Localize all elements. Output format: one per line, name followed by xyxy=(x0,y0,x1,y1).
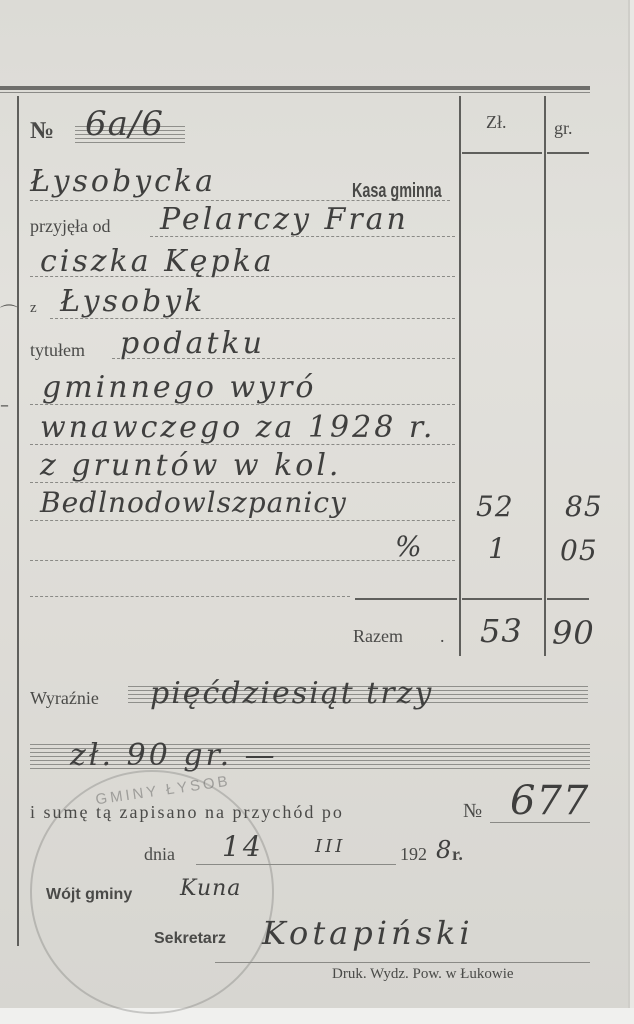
column-divider-zl xyxy=(459,96,461,656)
printer-imprint: Druk. Wydz. Pow. w Łukowie xyxy=(332,966,514,983)
sum-rule-text xyxy=(355,598,457,600)
title-label: tytułem xyxy=(30,340,85,361)
municipality-handwritten: Łysobycka xyxy=(30,164,216,199)
date-year-suffix: r. xyxy=(452,844,463,865)
date-line xyxy=(196,864,396,865)
receipt-number: 6a/6 xyxy=(85,104,164,144)
received-from-value-1: Pelarczy Fran xyxy=(160,202,409,237)
title-value-5: Bedlnodowlszpanicy xyxy=(40,486,347,519)
ledger-number-value: 677 xyxy=(510,778,589,824)
signature-line xyxy=(215,962,590,963)
title-value-4: z gruntów w kol. xyxy=(40,448,341,483)
column-header-gr: gr. xyxy=(554,118,573,139)
title-value-1: podatku xyxy=(120,326,265,361)
received-from-label: przyjęła od xyxy=(30,216,110,237)
column-divider-gr xyxy=(544,96,546,656)
header-rule-gr xyxy=(547,152,589,154)
date-label: dnia xyxy=(144,844,175,865)
item-1-zl: 52 xyxy=(476,490,514,523)
total-label: Razem xyxy=(353,626,403,647)
top-rule xyxy=(0,86,590,90)
sum-rule-gr xyxy=(547,598,589,600)
in-words-label: Wyraźnie xyxy=(30,688,99,709)
title-value-3: wnawczego za 1928 r. xyxy=(40,410,435,445)
from-place-value: Łysobyk xyxy=(60,284,205,319)
received-from-value-2: ciszka Kępka xyxy=(40,244,275,279)
title-value-2: gminnego wyró xyxy=(42,370,316,405)
top-rule-thin xyxy=(0,92,590,93)
mayor-signature: Kuna xyxy=(180,876,241,901)
column-header-zl: Zł. xyxy=(486,112,507,133)
mayor-label: Wójt gminy xyxy=(46,886,132,904)
number-label: № xyxy=(30,118,54,145)
total-dot: . xyxy=(440,626,445,647)
sum-rule-zl xyxy=(462,598,542,600)
ledger-text: i sumę tą zapisano na przychód po xyxy=(30,802,344,823)
margin-mark: – xyxy=(0,395,9,416)
ledger-number-label: № xyxy=(463,800,482,823)
cash-office-label: Kasa gminna xyxy=(352,180,442,203)
in-words-value-1: pięćdziesiąt trzy xyxy=(150,676,433,711)
background xyxy=(0,1008,634,1024)
item-2-gr: 05 xyxy=(560,534,598,567)
item-line-3 xyxy=(30,596,350,597)
title-line-5 xyxy=(30,520,455,521)
total-zl: 53 xyxy=(480,612,523,650)
item-1-gr: 85 xyxy=(565,490,603,523)
from-place-label: z xyxy=(30,300,37,317)
date-year-printed: 192 xyxy=(400,844,427,865)
margin-mark: ⌒ xyxy=(0,300,18,326)
in-words-value-2: zł. 90 gr. — xyxy=(70,738,278,773)
date-month: III xyxy=(315,836,345,857)
item-2-zl: 1 xyxy=(488,532,507,565)
header-rule-zl xyxy=(462,152,542,154)
secretary-signature: Kotapiński xyxy=(262,914,474,952)
left-border xyxy=(17,96,19,946)
total-gr: 90 xyxy=(552,614,595,652)
date-day: 14 xyxy=(222,830,264,863)
item-2-note: % xyxy=(395,530,423,563)
secretary-label: Sekretarz xyxy=(154,930,226,948)
item-line-2 xyxy=(30,560,455,561)
